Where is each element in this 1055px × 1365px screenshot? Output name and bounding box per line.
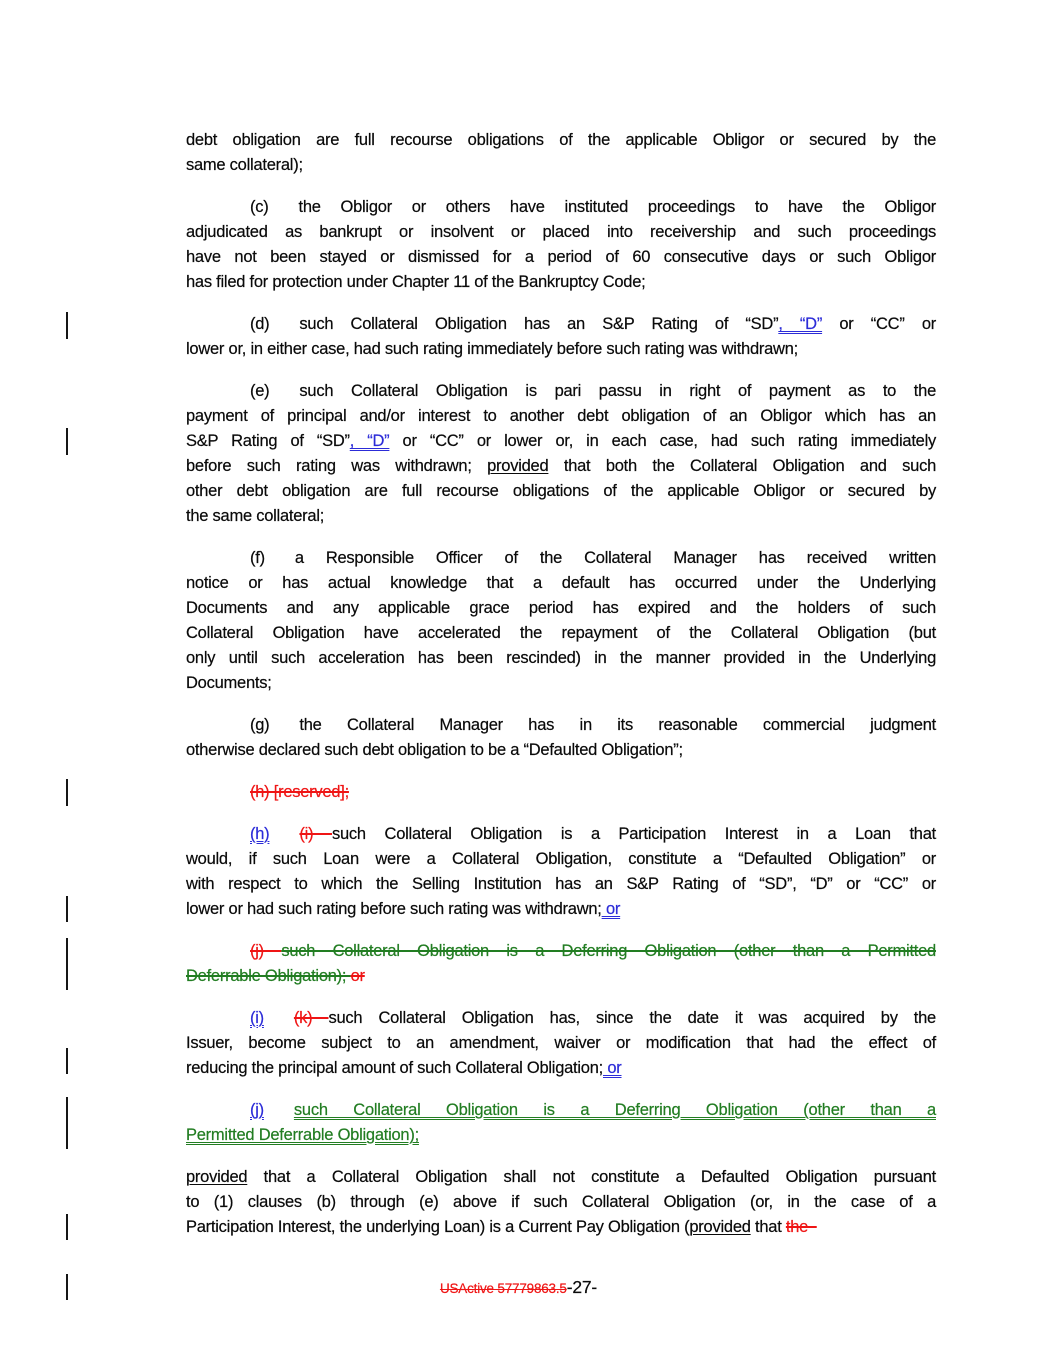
text-line: (h) [reserved];	[186, 780, 936, 805]
text-line: Documents and any applicable grace perio…	[186, 596, 936, 621]
text-run: reducing the principal amount of such Co…	[186, 1059, 603, 1077]
text-line: (f)a Responsible Officer of the Collater…	[186, 546, 936, 571]
text-line: lower or had such rating before such rat…	[186, 897, 936, 922]
text-run: (f)	[250, 549, 265, 567]
deleted-text: or	[351, 967, 365, 985]
deleted-text: (j)	[250, 942, 281, 960]
text-line: (i)(k) such Collateral Obligation has, s…	[186, 1006, 936, 1031]
text-run: that	[751, 1218, 786, 1236]
text-line: notice or has actual knowledge that a de…	[186, 571, 936, 596]
text-run: same collateral);	[186, 156, 303, 174]
change-bar	[66, 896, 68, 922]
text-run: would, if such Loan were a Collateral Ob…	[186, 850, 936, 868]
inserted-text: (j)	[250, 1101, 264, 1119]
text-line: Documents;	[186, 671, 936, 696]
text-line: same collateral);	[186, 153, 936, 178]
text-line: (j) such Collateral Obligation is a Defe…	[186, 939, 936, 964]
inserted-text: (i)	[250, 1009, 264, 1027]
text-run: with respect to which the Selling Instit…	[186, 875, 936, 893]
text-run: a Responsible Officer of the Collateral …	[295, 549, 936, 567]
text-run: Participation Interest, the underlying L…	[186, 1218, 689, 1236]
underlined-text: provided	[689, 1218, 750, 1236]
text-line: Deferrable Obligation); or	[186, 964, 936, 989]
text-run: debt obligation are full recourse obliga…	[186, 131, 936, 149]
text-run: the same collateral;	[186, 507, 324, 525]
text-line: S&P Rating of “SD”, “D” or “CC” or lower…	[186, 429, 936, 454]
text-run: other debt obligation are full recourse …	[186, 482, 936, 500]
text-run: that both the Collateral Obligation and …	[548, 457, 936, 475]
text-run: or “CC” or lower or, in each case, had s…	[389, 432, 936, 450]
text-run: (e)	[250, 382, 269, 400]
text-run: has filed for protection under Chapter 1…	[186, 273, 645, 291]
change-bar	[66, 1214, 68, 1240]
text-run: such Collateral Obligation is a Particip…	[332, 825, 936, 843]
text-run: (c)	[250, 198, 269, 216]
inserted-text: , “D”	[778, 315, 822, 333]
text-line: Collateral Obligation have accelerated t…	[186, 621, 936, 646]
text-line: lower or, in either case, had such ratin…	[186, 337, 936, 362]
text-line: reducing the principal amount of such Co…	[186, 1056, 936, 1081]
text-run: lower or had such rating before such rat…	[186, 900, 602, 918]
text-line: only until such acceleration has been re…	[186, 646, 936, 671]
text-line: with respect to which the Selling Instit…	[186, 872, 936, 897]
change-bar	[66, 1048, 68, 1074]
text-run: (d)	[250, 315, 269, 333]
text-run: otherwise declared such debt obligation …	[186, 741, 683, 759]
text-line: other debt obligation are full recourse …	[186, 479, 936, 504]
moved-inserted-text: Permitted Deferrable Obligation);	[186, 1126, 419, 1144]
text-line: would, if such Loan were a Collateral Ob…	[186, 847, 936, 872]
inserted-text: or	[603, 1059, 622, 1077]
text-line: (c)the Obligor or others have instituted…	[186, 195, 936, 220]
text-run: have not been stayed or dismissed for a …	[186, 248, 936, 266]
text-line: otherwise declared such debt obligation …	[186, 738, 936, 763]
text-run: payment of principal and/or interest to …	[186, 407, 936, 425]
text-line: Permitted Deferrable Obligation);	[186, 1123, 936, 1148]
paragraph: (f)a Responsible Officer of the Collater…	[186, 546, 936, 696]
paragraph: provided that a Collateral Obligation sh…	[186, 1165, 936, 1240]
text-line: Participation Interest, the underlying L…	[186, 1215, 936, 1240]
text-line: has filed for protection under Chapter 1…	[186, 270, 936, 295]
text-run: (g)	[250, 716, 269, 734]
text-run: Documents and any applicable grace perio…	[186, 599, 936, 617]
document-content: debt obligation are full recourse obliga…	[186, 128, 936, 1257]
deleted-text: (h) [reserved];	[250, 783, 349, 801]
deleted-doc-id: USActive 57779863.5	[440, 1281, 567, 1296]
text-line: adjudicated as bankrupt or insolvent or …	[186, 220, 936, 245]
text-line: (h)(i) such Collateral Obligation is a P…	[186, 822, 936, 847]
text-run: only until such acceleration has been re…	[186, 649, 936, 667]
text-run: or “CC” or	[822, 315, 936, 333]
text-run: such Collateral Obligation has, since th…	[329, 1009, 936, 1027]
text-line: before such rating was withdrawn; provid…	[186, 454, 936, 479]
text-run: Collateral Obligation have accelerated t…	[186, 624, 936, 642]
paragraph: (j) such Collateral Obligation is a Defe…	[186, 939, 936, 989]
underlined-text: provided	[186, 1168, 247, 1186]
change-bar	[66, 779, 68, 806]
text-run: to (1) clauses (b) through (e) above if …	[186, 1193, 936, 1211]
text-run: such Collateral Obligation is pari passu…	[299, 382, 936, 400]
text-line: (j)such Collateral Obligation is a Defer…	[186, 1098, 936, 1123]
change-bar	[66, 428, 68, 455]
footer: USActive 57779863.5-27-	[0, 1277, 1046, 1299]
text-line: have not been stayed or dismissed for a …	[186, 245, 936, 270]
change-bar	[66, 1097, 68, 1149]
deleted-text: (i)	[299, 825, 332, 843]
text-run: before such rating was withdrawn;	[186, 457, 487, 475]
document-page: debt obligation are full recourse obliga…	[0, 0, 1055, 1365]
text-line: Issuer, become subject to an amendment, …	[186, 1031, 936, 1056]
deleted-text: the	[786, 1218, 817, 1236]
paragraph: (h)(i) such Collateral Obligation is a P…	[186, 822, 936, 922]
page-number: -27-	[567, 1277, 597, 1297]
text-line: debt obligation are full recourse obliga…	[186, 128, 936, 153]
paragraph: (h) [reserved];	[186, 780, 936, 805]
underlined-text: provided	[487, 457, 548, 475]
paragraph: (d)such Collateral Obligation has an S&P…	[186, 312, 936, 362]
text-run: notice or has actual knowledge that a de…	[186, 574, 936, 592]
text-run: S&P Rating of “SD”	[186, 432, 350, 450]
text-run: Documents;	[186, 674, 272, 692]
change-bar	[66, 312, 68, 339]
change-bar	[66, 938, 68, 990]
paragraph: (e)such Collateral Obligation is pari pa…	[186, 379, 936, 529]
paragraph: (g)the Collateral Manager has in its rea…	[186, 713, 936, 763]
text-line: (d)such Collateral Obligation has an S&P…	[186, 312, 936, 337]
deleted-text: (k)	[294, 1009, 329, 1027]
text-run: the Obligor or others have instituted pr…	[299, 198, 937, 216]
inserted-text: or	[602, 900, 621, 918]
inserted-text: (h)	[250, 825, 269, 843]
paragraph: (i)(k) such Collateral Obligation has, s…	[186, 1006, 936, 1081]
text-line: (g)the Collateral Manager has in its rea…	[186, 713, 936, 738]
text-run: Issuer, become subject to an amendment, …	[186, 1034, 936, 1052]
text-run: lower or, in either case, had such ratin…	[186, 340, 798, 358]
moved-inserted-text: such Collateral Obligation is a Deferrin…	[294, 1101, 936, 1119]
inserted-text: , “D”	[350, 432, 390, 450]
moved-deleted-text: Deferrable Obligation);	[186, 967, 351, 985]
text-run: that a Collateral Obligation shall not c…	[247, 1168, 936, 1186]
text-run: the Collateral Manager has in its reason…	[299, 716, 936, 734]
text-line: provided that a Collateral Obligation sh…	[186, 1165, 936, 1190]
moved-deleted-text: such Collateral Obligation is a Deferrin…	[281, 942, 936, 960]
text-run: adjudicated as bankrupt or insolvent or …	[186, 223, 936, 241]
text-line: (e)such Collateral Obligation is pari pa…	[186, 379, 936, 404]
paragraph: (c)the Obligor or others have instituted…	[186, 195, 936, 295]
paragraph: debt obligation are full recourse obliga…	[186, 128, 936, 178]
text-run: such Collateral Obligation has an S&P Ra…	[299, 315, 778, 333]
text-line: payment of principal and/or interest to …	[186, 404, 936, 429]
text-line: to (1) clauses (b) through (e) above if …	[186, 1190, 936, 1215]
paragraph: (j)such Collateral Obligation is a Defer…	[186, 1098, 936, 1148]
text-line: the same collateral;	[186, 504, 936, 529]
